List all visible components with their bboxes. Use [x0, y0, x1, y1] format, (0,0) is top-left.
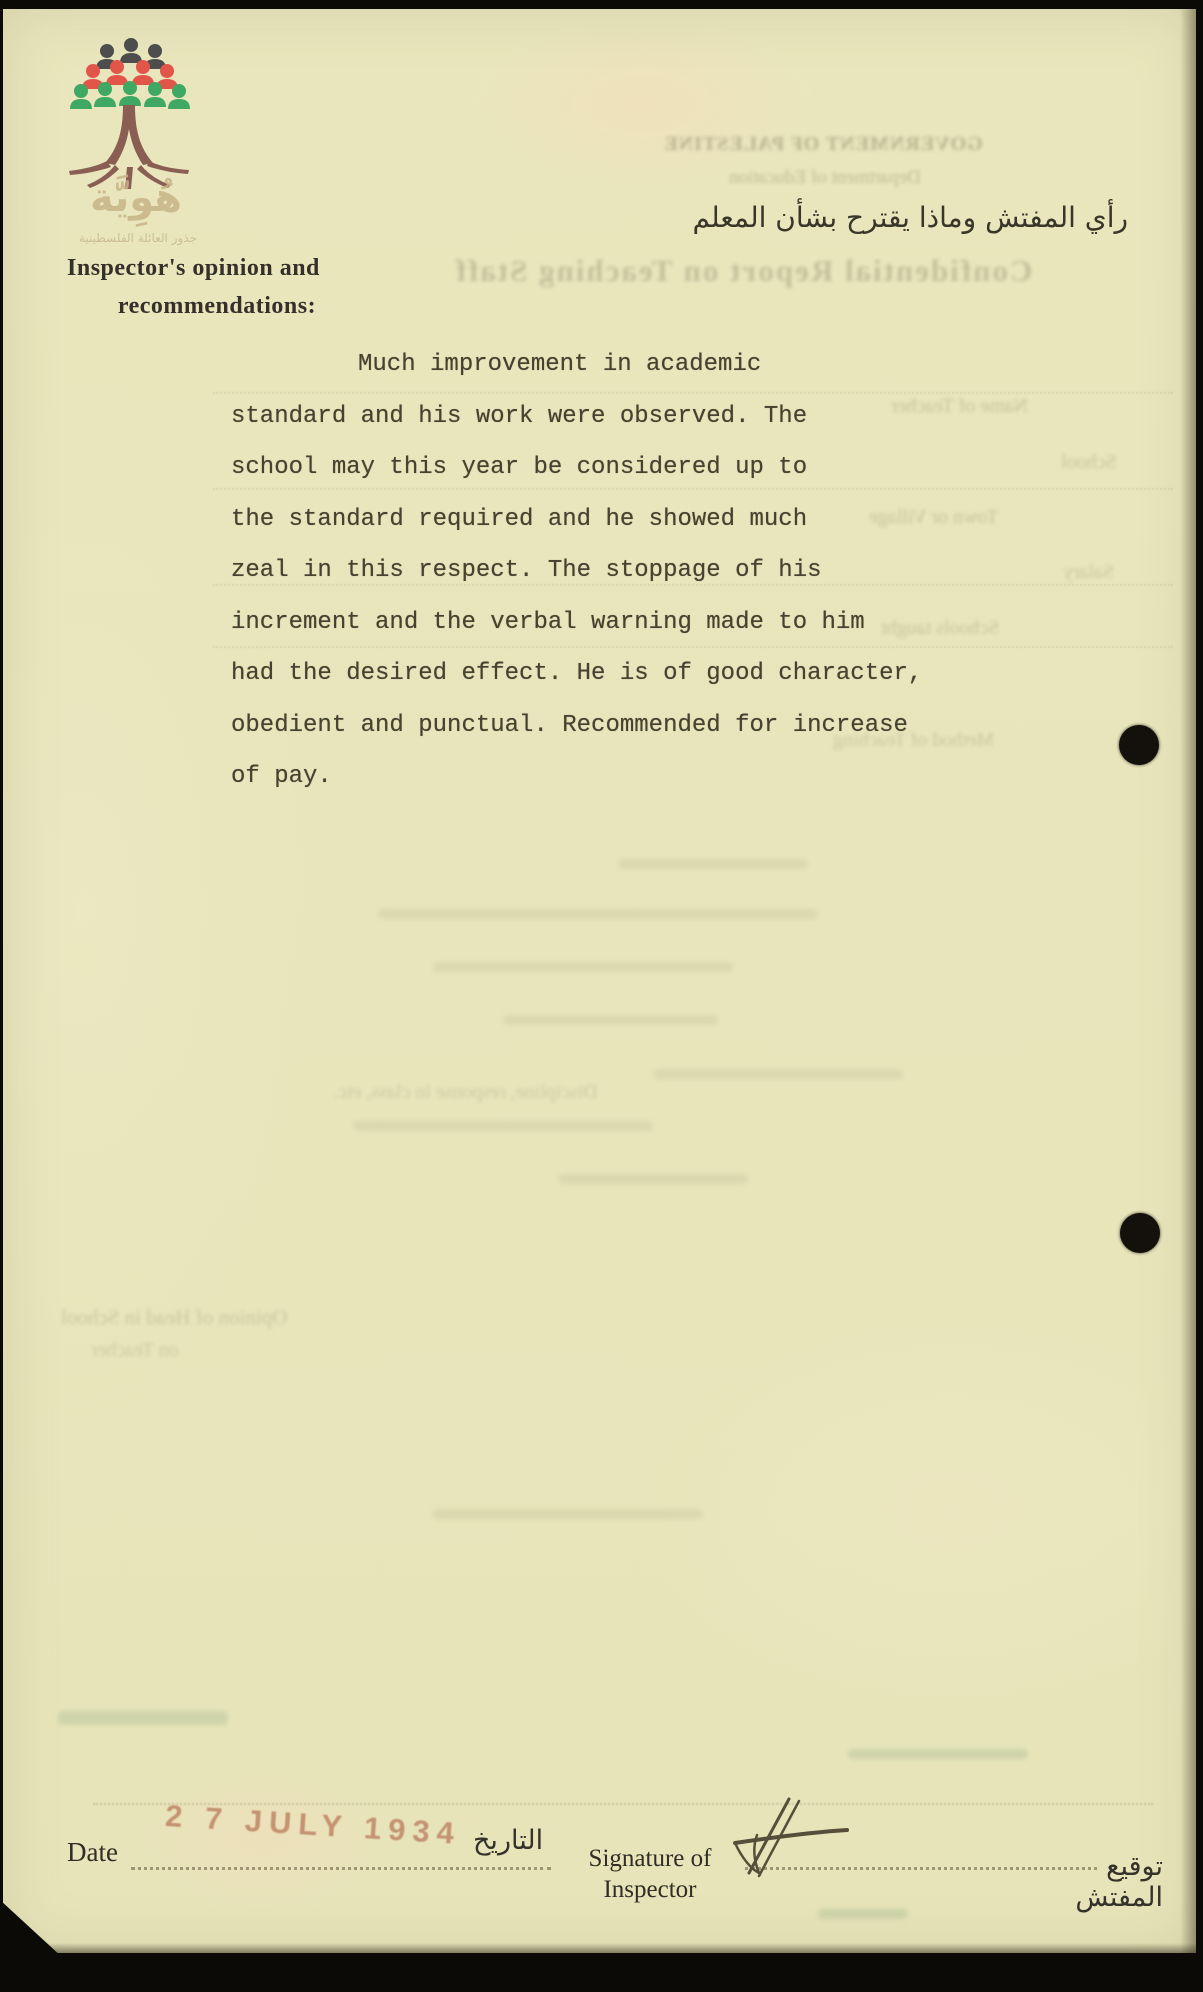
- typewritten-line: had the desired effect. He is of good ch…: [231, 648, 1031, 700]
- bleed-smudge: [818, 1909, 908, 1919]
- signature-label-line1: Signature of: [589, 1845, 712, 1872]
- paper-sheet: GOVERNMENT OF PALESTINE Department of Ed…: [3, 9, 1196, 1953]
- bleed-smudge: [558, 1174, 748, 1184]
- inspector-opinion-heading-arabic: رأي المفتش وماذا يقترح بشأن المعلم: [633, 201, 1128, 234]
- scan-background-top: [0, 0, 1203, 9]
- inspector-signature-mark: [719, 1791, 919, 1886]
- bleedthrough-report-title: Confidential Report on Teaching Staff: [293, 253, 1193, 289]
- typewritten-remarks: Much improvement in academic standard an…: [231, 339, 1031, 803]
- bleed-smudge: [353, 1121, 653, 1131]
- bleed-smudge: [618, 859, 808, 869]
- hole-punch: [1119, 725, 1159, 765]
- bleedthrough-field: on Teacher: [91, 1339, 179, 1362]
- bleed-smudge: [58, 1711, 228, 1725]
- signature-label-arabic: توقيع المفتش: [1013, 1851, 1163, 1913]
- paper-edge-shadow: [3, 1943, 1196, 1953]
- date-label-arabic: التاريخ: [473, 1825, 563, 1856]
- date-dotted-line: [131, 1867, 551, 1870]
- typewritten-line: of pay.: [231, 751, 1031, 803]
- bleed-smudge: [503, 1015, 718, 1025]
- hole-punch: [1120, 1213, 1160, 1253]
- typewritten-line: increment and the verbal warning made to…: [231, 597, 1031, 649]
- logo-wordmark-arabic: هُوِيَّة: [61, 175, 211, 221]
- bleedthrough-field: Salary: [1063, 561, 1114, 584]
- date-stamp: 2 7 JULY 1934: [164, 1798, 462, 1852]
- typewritten-line: obedient and punctual. Recommended for i…: [231, 700, 1031, 752]
- bleed-smudge: [653, 1069, 903, 1079]
- typewritten-line: the standard required and he showed much: [231, 494, 1031, 546]
- heading-line2: recommendations:: [67, 287, 367, 325]
- inspector-opinion-heading: Inspector's opinion and recommendations:: [67, 249, 367, 325]
- bleedthrough-field: Discipline, response in class, etc.: [333, 1081, 598, 1104]
- bleed-smudge: [433, 962, 733, 972]
- bleedthrough-field: Opinion of Head in School: [61, 1305, 287, 1330]
- typewritten-line: Much improvement in academic: [231, 339, 1031, 391]
- bleed-smudge: [378, 909, 818, 919]
- scanned-document: { "document": { "heading": { "en_line1":…: [0, 0, 1203, 1992]
- signature-label-line2: Inspector: [603, 1876, 696, 1903]
- bleed-smudge: [433, 1509, 703, 1519]
- signature-of-inspector-label: Signature of Inspector: [559, 1843, 741, 1905]
- logo-tagline-arabic: جذور العائلة الفلسطينية: [43, 231, 233, 246]
- paper-edge-shadow: [1180, 9, 1196, 1953]
- bleed-smudge: [848, 1749, 1028, 1759]
- bleedthrough-government-line: GOVERNMENT OF PALESTINE: [643, 133, 1003, 156]
- typewritten-line: school may this year be considered up to: [231, 442, 1031, 494]
- heading-line1: Inspector's opinion and: [67, 255, 320, 281]
- typewritten-line: zeal in this respect. The stoppage of hi…: [231, 545, 1031, 597]
- bleedthrough-field: School: [1061, 451, 1117, 474]
- typewritten-line: standard and his work were observed. The: [231, 391, 1031, 443]
- bleedthrough-department-line: Department of Education: [665, 167, 985, 189]
- date-label: Date: [67, 1837, 118, 1868]
